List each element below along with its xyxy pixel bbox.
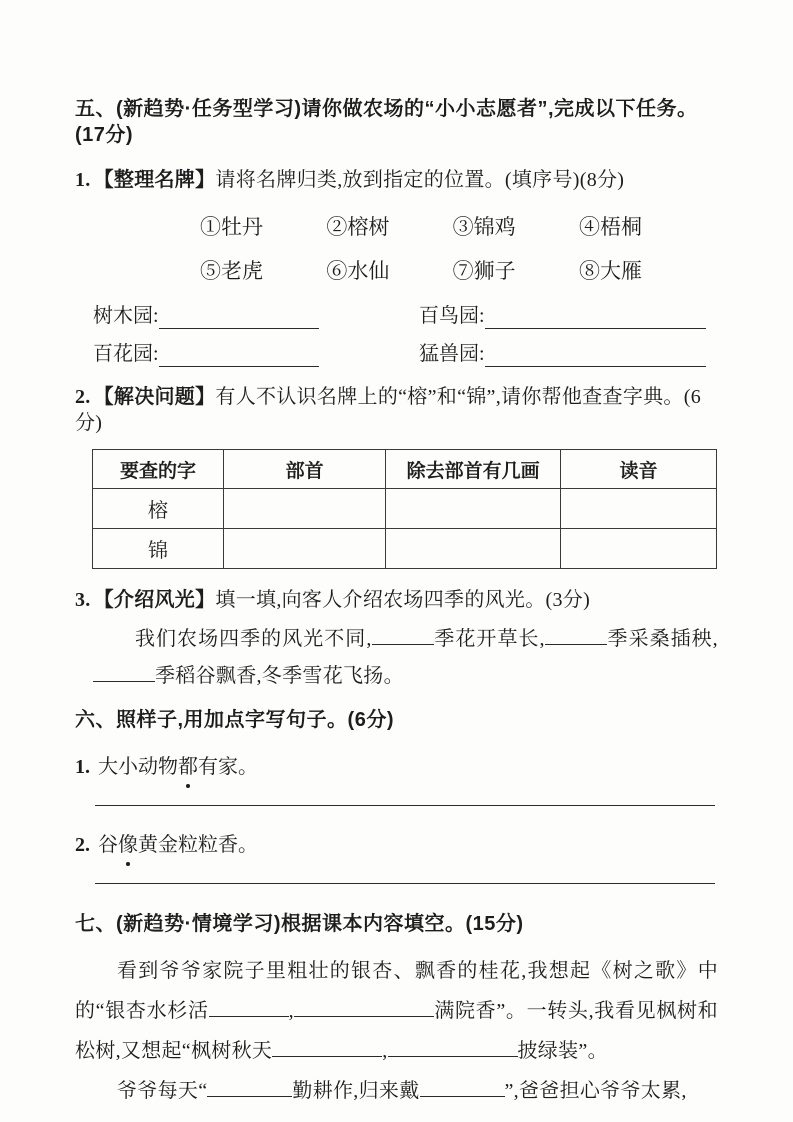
seasons-text-segment: 季采桑插秧, (607, 628, 718, 650)
garden-fill-grid: 树木园: 百鸟园: 百花园: 猛兽园: (93, 304, 718, 367)
fill-beast-garden: 猛兽园: (419, 342, 718, 367)
answer-line-2 (95, 883, 715, 884)
table-cell-stroke-blank (386, 489, 561, 529)
name-tags-row-1: ①牡丹 ②榕树 ③锦鸡 ④梧桐 (200, 212, 642, 242)
name-tag-narcissus: ⑥水仙 (326, 256, 389, 286)
name-tag-tiger: ⑤老虎 (200, 256, 263, 286)
fill-tree-garden-blank (159, 309, 319, 329)
example-sentence-2: 2. 谷像黄金粒粒香。 (75, 832, 718, 858)
question-3-text: 填一填,向客人介绍农场四季的风光。(3分) (215, 589, 590, 611)
fill-tree-garden-label: 树木园: (93, 304, 159, 329)
table-cell-stroke-blank (386, 529, 561, 569)
paragraph-1-blank-3 (272, 1040, 382, 1057)
question-2-tag: 【解决问题】 (94, 386, 216, 408)
sentence-1-number: 1. (75, 756, 90, 778)
table-header-pronunciation: 读音 (560, 450, 716, 489)
textbook-fill-paragraph-1: 看到爷爷家院子里粗壮的银杏、飘香的桂花,我想起《树之歌》中的“银杏水杉活,满院香… (75, 951, 718, 1071)
table-cell-character: 榕 (93, 489, 224, 529)
season-blank-summer (545, 628, 607, 645)
paragraph-1-blank-4 (388, 1040, 518, 1057)
question-1-intro: 1.【整理名牌】请将名牌归类,放到指定的位置。(填序号)(8分) (75, 167, 718, 193)
table-cell-radical-blank (224, 529, 386, 569)
paragraph-2-segment: ”,爸爸担心爷爷太累, (505, 1080, 687, 1102)
sentence-2-number: 2. (75, 834, 90, 856)
name-tag-lion: ⑦狮子 (453, 256, 516, 286)
question-2-intro: 2.【解决问题】有人不认识名牌上的“榕”和“锦”,请你帮他查查字典。(6分) (75, 384, 718, 436)
name-tags-grid: ①牡丹 ②榕树 ③锦鸡 ④梧桐 ⑤老虎 ⑥水仙 ⑦狮子 ⑧大雁 (200, 212, 642, 286)
table-header-stroke-count: 除去部首有几画 (386, 450, 561, 489)
fill-tree-garden: 树木园: (93, 304, 419, 329)
name-tag-wild-goose: ⑧大雁 (579, 256, 642, 286)
question-2-number: 2. (75, 386, 91, 408)
paragraph-2-segment: 爷爷每天“ (117, 1080, 207, 1102)
exam-worksheet-page: 五、(新趋势·任务型学习)请你做农场的“小小志愿者”,完成以下任务。(17分) … (0, 0, 793, 1122)
name-tag-banyan: ②榕树 (326, 212, 389, 242)
question-3-number: 3. (75, 589, 91, 611)
table-cell-character: 锦 (93, 529, 224, 569)
table-header-radical: 部首 (224, 450, 386, 489)
fill-bird-garden-label: 百鸟园: (419, 304, 485, 329)
seasons-text-segment: 季稻谷飘香,冬季雪花飞扬。 (155, 665, 404, 687)
question-1-tag: 【整理名牌】 (94, 169, 216, 191)
section-5-heading: 五、(新趋势·任务型学习)请你做农场的“小小志愿者”,完成以下任务。(17分) (75, 96, 718, 148)
answer-line-1 (95, 805, 715, 806)
seasons-fill-paragraph: 我们农场四季的风光不同,季花开草长,季采桑插秧,季稻谷飘香,冬季雪花飞扬。 (93, 621, 718, 695)
name-tag-golden-pheasant: ③锦鸡 (453, 212, 516, 242)
sentence-2-dotted-char: 像 (118, 832, 138, 858)
fill-beast-garden-label: 猛兽园: (419, 342, 485, 367)
table-cell-pronunciation-blank (560, 529, 716, 569)
name-tags-row-2: ⑤老虎 ⑥水仙 ⑦狮子 ⑧大雁 (200, 256, 642, 286)
seasons-text-segment: 季花开草长, (434, 628, 545, 650)
seasons-text-segment: 我们农场四季的风光不同, (135, 628, 372, 650)
table-cell-radical-blank (224, 489, 386, 529)
fill-bird-garden-blank (485, 309, 706, 329)
paragraph-2-segment: 勤耕作,归来戴 (292, 1080, 419, 1102)
table-row: 榕 (93, 489, 717, 529)
section-6-heading: 六、照样子,用加点字写句子。(6分) (75, 707, 718, 733)
table-row: 锦 (93, 529, 717, 569)
paragraph-1-blank-1 (209, 1000, 289, 1017)
name-tag-peony: ①牡丹 (200, 212, 263, 242)
sentence-1-post: 有家。 (198, 756, 258, 778)
textbook-fill-paragraph-2: 爷爷每天“勤耕作,归来戴”,爸爸担心爷爷太累, (75, 1071, 718, 1111)
question-3-intro: 3.【介绍风光】填一填,向客人介绍农场四季的风光。(3分) (75, 587, 718, 613)
section-7-heading: 七、(新趋势·情境学习)根据课本内容填空。(15分) (75, 911, 718, 937)
table-cell-pronunciation-blank (560, 489, 716, 529)
season-blank-spring (372, 628, 434, 645)
paragraph-2-blank-2 (420, 1080, 505, 1097)
fill-beast-garden-blank (485, 347, 706, 367)
sentence-2-pre: 谷 (98, 834, 118, 856)
table-header-character: 要查的字 (93, 450, 224, 489)
season-blank-autumn (93, 665, 155, 682)
question-1-text: 请将名牌归类,放到指定的位置。(填序号)(8分) (215, 169, 624, 191)
sentence-1-pre: 大小动物 (98, 756, 178, 778)
sentence-2-post: 黄金粒粒香。 (138, 834, 258, 856)
name-tag-parasol-tree: ④梧桐 (579, 212, 642, 242)
fill-flower-garden-blank (159, 347, 319, 367)
paragraph-1-blank-2 (294, 1000, 434, 1017)
sentence-1-dotted-char: 都 (178, 754, 198, 780)
table-header-row: 要查的字 部首 除去部首有几画 读音 (93, 450, 717, 489)
dictionary-lookup-table: 要查的字 部首 除去部首有几画 读音 榕 锦 (92, 449, 717, 569)
fill-flower-garden-label: 百花园: (93, 342, 159, 367)
paragraph-1-segment: 披绿装”。 (518, 1040, 608, 1062)
fill-flower-garden: 百花园: (93, 342, 419, 367)
paragraph-2-blank-1 (207, 1080, 292, 1097)
example-sentence-1: 1. 大小动物都有家。 (75, 754, 718, 780)
question-3-tag: 【介绍风光】 (94, 589, 216, 611)
fill-bird-garden: 百鸟园: (419, 304, 718, 329)
question-1-number: 1. (75, 169, 91, 191)
